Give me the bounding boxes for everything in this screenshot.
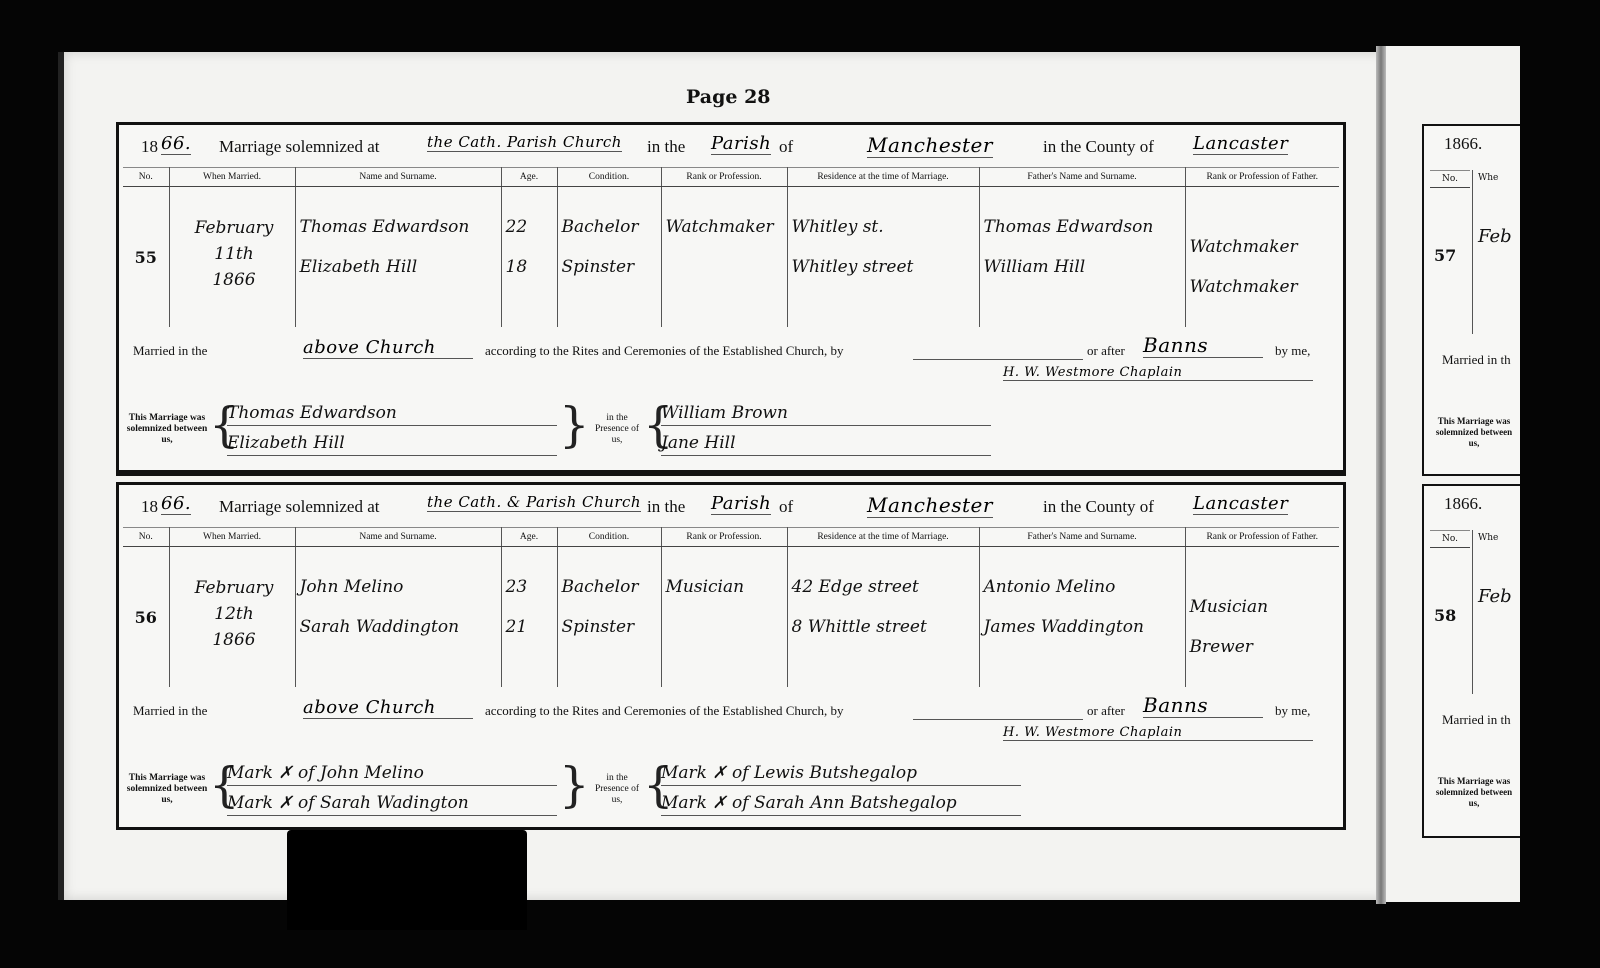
groom-age: 23 bbox=[506, 567, 557, 607]
witness-2-signature: Mark ✗ of Sarah Ann Batshegalop bbox=[661, 791, 1021, 816]
this-marriage-label: This Marriage was solemnized between us, bbox=[123, 773, 211, 806]
of-label: of bbox=[779, 137, 793, 157]
this-marriage-label: This Marriage was solemnized between us, bbox=[1434, 416, 1514, 449]
by-licence-field bbox=[913, 345, 1083, 360]
place-name: Manchester bbox=[867, 493, 993, 518]
county-label: in the County of bbox=[1043, 137, 1154, 157]
bride-signature: Mark ✗ of Sarah Wadington bbox=[227, 791, 557, 816]
col-residence: Residence at the time of Marriage. bbox=[787, 528, 979, 547]
according-label: according to the Rites and Ceremonies of… bbox=[485, 703, 844, 719]
col-father-name: Father's Name and Surname. bbox=[979, 528, 1185, 547]
bride-profession bbox=[666, 607, 787, 647]
entry-header: 18 66. Marriage solemnized at the Cath. … bbox=[127, 133, 1335, 163]
married-in-partial: Married in th bbox=[1442, 712, 1511, 728]
groom-profession: Watchmaker bbox=[666, 207, 787, 247]
father-professions-cell: Musician Brewer bbox=[1185, 547, 1339, 688]
col-name: Name and Surname. bbox=[295, 168, 501, 187]
married-in-value: above Church bbox=[303, 337, 473, 359]
conditions-cell: Bachelor Spinster bbox=[557, 187, 661, 328]
col-father-profession: Rank or Profession of Father. bbox=[1185, 528, 1339, 547]
this-marriage-label: This Marriage was solemnized between us, bbox=[123, 413, 211, 446]
groom-residence: 42 Edge street bbox=[792, 567, 979, 607]
professions-cell: Musician bbox=[661, 547, 787, 688]
entry-table: No. When Married. Name and Surname. Age.… bbox=[123, 167, 1339, 327]
church-name: the Cath. & Parish Church bbox=[427, 493, 641, 512]
page-clip bbox=[287, 830, 527, 930]
church-name: the Cath. Parish Church bbox=[427, 133, 622, 152]
register-page-right: 1866. No. Whe 57 Feb Married in th This … bbox=[1386, 46, 1520, 902]
table-row: 55 February 11th 1866 Thomas Edwardson E… bbox=[123, 187, 1339, 328]
officiant-signature: H. W. Westmore Chaplain bbox=[1003, 725, 1313, 741]
according-label: according to the Rites and Ceremonies of… bbox=[485, 343, 844, 359]
by-me-label: by me, bbox=[1275, 343, 1310, 359]
signatures-block: This Marriage was solemnized between us,… bbox=[123, 747, 1339, 827]
year-suffix: 66. bbox=[161, 493, 191, 515]
col-no-header: No. bbox=[1430, 530, 1470, 548]
entry-table: No. When Married. Name and Surname. Age.… bbox=[123, 527, 1339, 687]
date-cell: February 12th 1866 bbox=[169, 547, 295, 688]
place-name: Manchester bbox=[867, 133, 993, 158]
right-brace: } bbox=[559, 401, 590, 449]
date-month: February bbox=[174, 575, 295, 601]
col-when-header-partial: Whe bbox=[1478, 530, 1498, 546]
date-partial: Feb bbox=[1478, 226, 1512, 247]
witness-1-signature: William Brown bbox=[661, 401, 991, 426]
father-professions-cell: Watchmaker Watchmaker bbox=[1185, 187, 1339, 328]
bride-father: James Waddington bbox=[984, 607, 1185, 647]
entry-number: 58 bbox=[1434, 606, 1456, 625]
in-the-label: in the bbox=[647, 137, 685, 157]
date-day: 11th bbox=[174, 241, 295, 267]
bride-age: 18 bbox=[506, 247, 557, 287]
conditions-cell: Bachelor Spinster bbox=[557, 547, 661, 688]
bride-name: Elizabeth Hill bbox=[300, 247, 501, 287]
bride-residence: Whitley street bbox=[792, 247, 979, 287]
ages-cell: 22 18 bbox=[501, 187, 557, 328]
col-when-married: When Married. bbox=[169, 528, 295, 547]
banns-value: Banns bbox=[1143, 693, 1263, 718]
col-condition: Condition. bbox=[557, 528, 661, 547]
parish-word: Parish bbox=[711, 493, 771, 515]
entry-divider bbox=[116, 470, 1346, 474]
solemnized-label: Marriage solemnized at bbox=[219, 137, 380, 157]
names-cell: John Melino Sarah Waddington bbox=[295, 547, 501, 688]
col-profession: Rank or Profession. bbox=[661, 528, 787, 547]
bride-condition: Spinster bbox=[562, 247, 661, 287]
bride-age: 21 bbox=[506, 607, 557, 647]
bride-name: Sarah Waddington bbox=[300, 607, 501, 647]
signatures-block: This Marriage was solemnized between us,… bbox=[123, 387, 1339, 467]
col-father-profession: Rank or Profession of Father. bbox=[1185, 168, 1339, 187]
banns-value: Banns bbox=[1143, 333, 1263, 358]
groom-father: Antonio Melino bbox=[984, 567, 1185, 607]
of-label: of bbox=[779, 497, 793, 517]
groom-condition: Bachelor bbox=[562, 207, 661, 247]
county-label: in the County of bbox=[1043, 497, 1154, 517]
date-partial: Feb bbox=[1478, 586, 1512, 607]
names-cell: Thomas Edwardson Elizabeth Hill bbox=[295, 187, 501, 328]
bride-father-profession: Watchmaker bbox=[1190, 267, 1340, 307]
county-name: Lancaster bbox=[1193, 133, 1288, 155]
bride-father-profession: Brewer bbox=[1190, 627, 1340, 667]
date-year: 1866 bbox=[174, 627, 295, 653]
marriage-entry-55: 18 66. Marriage solemnized at the Cath. … bbox=[116, 122, 1346, 476]
presence-label: in the Presence of us, bbox=[589, 773, 645, 806]
married-in-row: Married in the above Church according to… bbox=[133, 699, 1329, 725]
entry-number: 55 bbox=[123, 187, 169, 328]
by-me-label: by me, bbox=[1275, 703, 1310, 719]
date-day: 12th bbox=[174, 601, 295, 627]
professions-cell: Watchmaker bbox=[661, 187, 787, 328]
presence-label: in the Presence of us, bbox=[589, 413, 645, 446]
groom-father-profession: Watchmaker bbox=[1190, 227, 1340, 267]
married-in-label: Married in the bbox=[133, 343, 207, 359]
groom-signature: Thomas Edwardson bbox=[227, 401, 557, 426]
or-after-label: or after bbox=[1087, 343, 1125, 359]
table-row: 56 February 12th 1866 John Melino Sarah … bbox=[123, 547, 1339, 688]
col-father-name: Father's Name and Surname. bbox=[979, 168, 1185, 187]
right-brace: } bbox=[559, 761, 590, 809]
bride-signature: Elizabeth Hill bbox=[227, 431, 557, 456]
year-suffix: 66. bbox=[161, 133, 191, 155]
date-cell: February 11th 1866 bbox=[169, 187, 295, 328]
residences-cell: Whitley st. Whitley street bbox=[787, 187, 979, 328]
column-divider bbox=[1472, 530, 1473, 694]
col-residence: Residence at the time of Marriage. bbox=[787, 168, 979, 187]
column-divider bbox=[1472, 170, 1473, 334]
officiant-signature: H. W. Westmore Chaplain bbox=[1003, 365, 1313, 381]
groom-father-profession: Musician bbox=[1190, 587, 1340, 627]
col-condition: Condition. bbox=[557, 168, 661, 187]
groom-age: 22 bbox=[506, 207, 557, 247]
county-name: Lancaster bbox=[1193, 493, 1288, 515]
married-in-row: Married in the above Church according to… bbox=[133, 339, 1329, 365]
or-after-label: or after bbox=[1087, 703, 1125, 719]
column-headers: No. When Married. Name and Surname. Age.… bbox=[123, 168, 1339, 187]
entry-header: 18 66. Marriage solemnized at the Cath. … bbox=[127, 493, 1335, 523]
in-the-label: in the bbox=[647, 497, 685, 517]
col-profession: Rank or Profession. bbox=[661, 168, 787, 187]
groom-father: Thomas Edwardson bbox=[984, 207, 1185, 247]
groom-condition: Bachelor bbox=[562, 567, 661, 607]
year-prefix: 18 bbox=[141, 497, 158, 517]
col-name: Name and Surname. bbox=[295, 528, 501, 547]
col-age: Age. bbox=[501, 168, 557, 187]
by-licence-field bbox=[913, 705, 1083, 720]
year: 1866. bbox=[1444, 134, 1482, 154]
bride-father: William Hill bbox=[984, 247, 1185, 287]
year-prefix: 18 bbox=[141, 137, 158, 157]
col-no: No. bbox=[123, 168, 169, 187]
fathers-cell: Antonio Melino James Waddington bbox=[979, 547, 1185, 688]
married-in-partial: Married in th bbox=[1442, 352, 1511, 368]
parish-word: Parish bbox=[711, 133, 771, 155]
book-gutter bbox=[1376, 46, 1386, 904]
entry-57-partial: 1866. No. Whe 57 Feb Married in th This … bbox=[1422, 124, 1520, 476]
this-marriage-label: This Marriage was solemnized between us, bbox=[1434, 776, 1514, 809]
bride-condition: Spinster bbox=[562, 607, 661, 647]
ages-cell: 23 21 bbox=[501, 547, 557, 688]
page-number: Page 28 bbox=[686, 86, 771, 108]
bride-residence: 8 Whittle street bbox=[792, 607, 979, 647]
residences-cell: 42 Edge street 8 Whittle street bbox=[787, 547, 979, 688]
col-no: No. bbox=[123, 528, 169, 547]
solemnized-label: Marriage solemnized at bbox=[219, 497, 380, 517]
entry-58-partial: 1866. No. Whe 58 Feb Married in th This … bbox=[1422, 484, 1520, 838]
entry-number: 56 bbox=[123, 547, 169, 688]
witness-1-signature: Mark ✗ of Lewis Butshegalop bbox=[661, 761, 1021, 786]
entry-number: 57 bbox=[1434, 246, 1456, 265]
col-when-header-partial: Whe bbox=[1478, 170, 1498, 186]
date-year: 1866 bbox=[174, 267, 295, 293]
groom-residence: Whitley st. bbox=[792, 207, 979, 247]
married-in-value: above Church bbox=[303, 697, 473, 719]
column-headers: No. When Married. Name and Surname. Age.… bbox=[123, 528, 1339, 547]
marriage-entry-56: 18 66. Marriage solemnized at the Cath. … bbox=[116, 482, 1346, 830]
bride-profession bbox=[666, 247, 787, 287]
col-age: Age. bbox=[501, 528, 557, 547]
groom-signature: Mark ✗ of John Melino bbox=[227, 761, 557, 786]
fathers-cell: Thomas Edwardson William Hill bbox=[979, 187, 1185, 328]
col-when-married: When Married. bbox=[169, 168, 295, 187]
date-month: February bbox=[174, 215, 295, 241]
groom-profession: Musician bbox=[666, 567, 787, 607]
married-in-label: Married in the bbox=[133, 703, 207, 719]
year: 1866. bbox=[1444, 494, 1482, 514]
groom-name: John Melino bbox=[300, 567, 501, 607]
col-no-header: No. bbox=[1430, 170, 1470, 188]
groom-name: Thomas Edwardson bbox=[300, 207, 501, 247]
witness-2-signature: Jane Hill bbox=[661, 431, 991, 456]
